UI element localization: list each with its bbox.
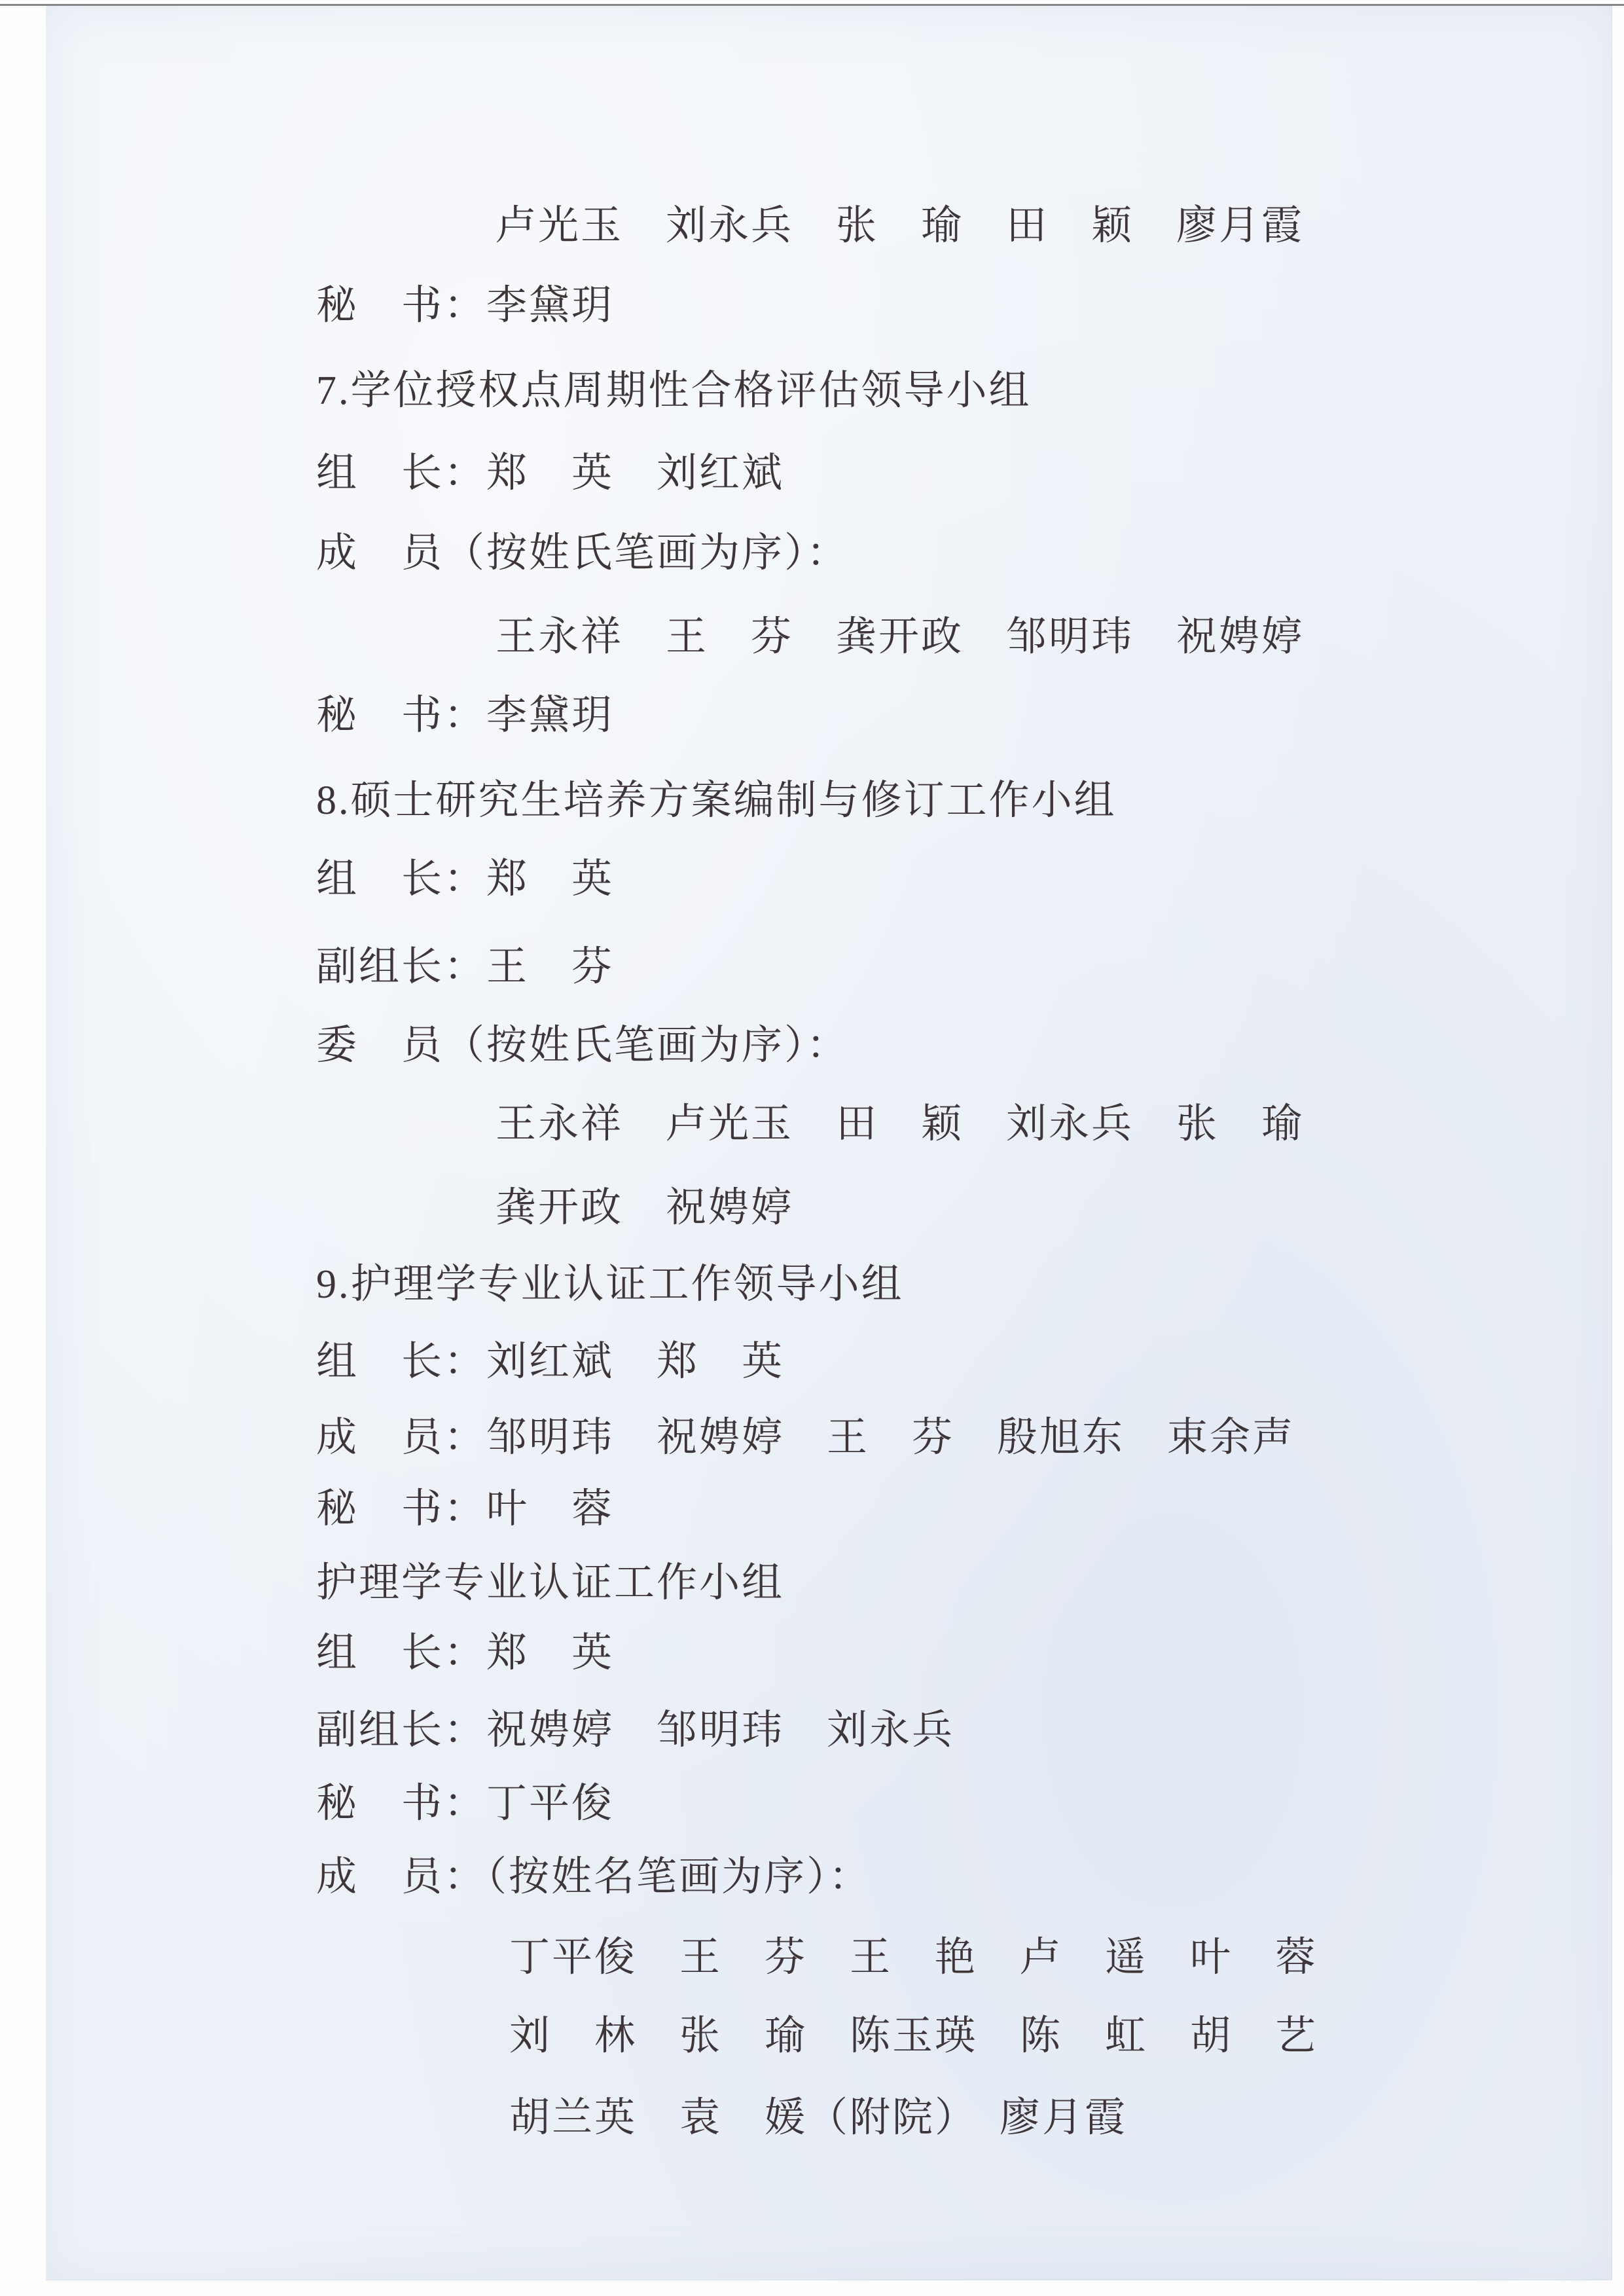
heading-group7: 7.学位授权点周期性合格评估领导小组 — [316, 371, 1032, 411]
secretary-nursing-workgroup: 秘 书：丁平俊 — [316, 1783, 614, 1824]
committee-names-group8-row1: 王永祥 卢光玉 田 颖 刘永兵 张 瑜 — [496, 1104, 1304, 1144]
members-label-group7: 成 员（按姓氏笔画为序）： — [316, 533, 849, 574]
committee-label-group8: 委 员（按姓氏笔画为序）： — [316, 1025, 849, 1066]
secretary-group6: 秘 书：李黛玥 — [316, 285, 614, 326]
members-names-nursing-row1: 丁平俊 王 芬 王 艳 卢 遥 叶 蓉 — [509, 1937, 1318, 1978]
deputy-leader-group8: 副组长：王 芬 — [316, 947, 614, 987]
leader-nursing-workgroup: 组 长：郑 英 — [316, 1633, 614, 1673]
leader-group7: 组 长：郑 英 刘红斌 — [316, 453, 784, 494]
scanned-document-page: 卢光玉 刘永兵 张 瑜 田 颖 廖月霞 秘 书：李黛玥 7.学位授权点周期性合格… — [0, 0, 1624, 2296]
members-names-group7: 王永祥 王 芬 龚开政 邹明玮 祝娉婷 — [496, 617, 1304, 657]
members-continued-group6: 卢光玉 刘永兵 张 瑜 田 颖 廖月霞 — [496, 206, 1304, 246]
members-label-nursing-workgroup: 成 员：（按姓名笔画为序）： — [316, 1857, 871, 1897]
members-names-nursing-row3: 胡兰英 袁 媛（附院） 廖月霞 — [509, 2098, 1127, 2138]
leader-group9: 组 长：刘红斌 郑 英 — [316, 1341, 784, 1382]
scan-top-edge-line — [0, 4, 1624, 6]
deputy-leader-nursing-workgroup: 副组长：祝娉婷 邹明玮 刘永兵 — [316, 1710, 954, 1751]
heading-nursing-workgroup: 护理学专业认证工作小组 — [316, 1563, 784, 1603]
heading-group9: 9.护理学专业认证工作领导小组 — [316, 1264, 904, 1305]
secretary-group9: 秘 书：叶 蓉 — [316, 1489, 614, 1529]
secretary-group7: 秘 书：李黛玥 — [316, 695, 614, 736]
heading-group8: 8.硕士研究生培养方案编制与修订工作小组 — [316, 780, 1117, 821]
members-group9: 成 员：邹明玮 祝娉婷 王 芬 殷旭东 束余声 — [316, 1417, 1295, 1458]
committee-names-group8-row2: 龚开政 祝娉婷 — [496, 1188, 793, 1228]
leader-group8: 组 长：郑 英 — [316, 859, 614, 900]
members-names-nursing-row2: 刘 林 张 瑜 陈玉瑛 陈 虹 胡 艺 — [509, 2016, 1318, 2056]
